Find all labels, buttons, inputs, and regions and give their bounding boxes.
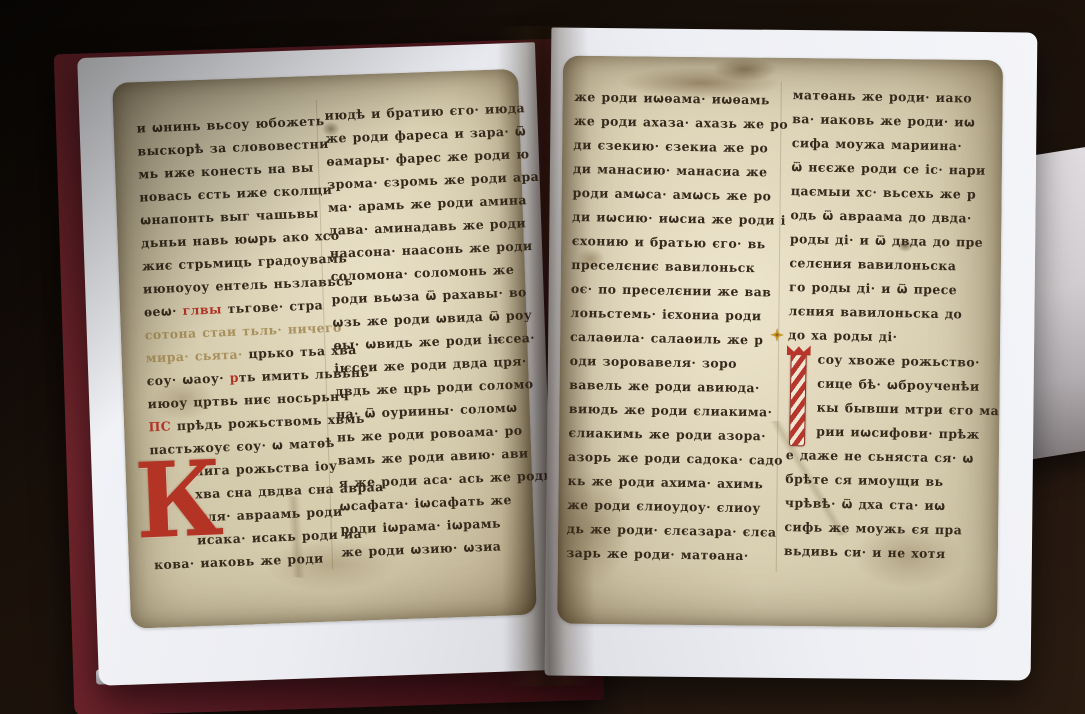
text-line: же роди иѡѳама· иѡѳамь — [574, 85, 776, 113]
text-line: азорь же роди садока· садо — [568, 445, 770, 473]
text-line: преселєниє вавилоньск — [571, 253, 773, 281]
text-line: оди зоровавеля· зоро — [569, 349, 771, 377]
gold-flower-ornament — [769, 327, 785, 343]
incipit-block: К нига рожьства іоухва сна двдва сна авр… — [150, 454, 332, 576]
text-line: же роди єлиоудоу· єлиоу — [567, 493, 769, 521]
parchment-stain — [713, 57, 777, 82]
column-text: июдѣ и братию єго· июдаже роди фареса и … — [324, 97, 530, 564]
left-column-2: июдѣ и братию єго· июдаже роди фареса и … — [324, 97, 530, 564]
text-line: вьдивь си· и не хотя — [784, 539, 986, 567]
open-book-photo: и ѡнинь вьсоу юбожетьвыскорѣ за слововес… — [0, 0, 1085, 714]
column-text: е даже не сьняста ся· ѡбрѣте ся имоущи в… — [784, 443, 988, 567]
left-parchment-leaf: и ѡнинь вьсоу юбожетьвыскорѣ за слововес… — [112, 69, 537, 629]
left-column-1: и ѡнинь вьсоу юбожетьвыскорѣ за слововес… — [136, 109, 332, 576]
text-line: кь же роди ахима· ахимь — [567, 469, 769, 497]
text-line: єлиакимь же роди азора· — [568, 421, 770, 449]
column-text: матѳань же роди· иакова· иаковь же роди·… — [788, 83, 995, 351]
text-segment: глвы — [182, 301, 222, 318]
text-line: дь же роди· єлєазара· єлєа — [567, 517, 769, 545]
text-line: роди амѡса· амѡсь же ро — [572, 181, 774, 209]
text-segment: ѳеѡ· — [144, 303, 183, 320]
text-line: ди иѡсию· иѡсиа же роди і — [572, 205, 774, 233]
column-text: и ѡнинь вьсоу юбожетьвыскорѣ за слововес… — [136, 109, 328, 461]
text-line: же роди ахаза· ахазь же ро — [574, 109, 776, 137]
text-line: зарь же роди· матѳана· — [566, 541, 768, 569]
text-segment: тьгове· стра — [222, 297, 324, 316]
incipit-block: соу хвоже рожьство·сице бѣ· ѡброученѣикы… — [784, 347, 990, 567]
text-line: ди єзекию· єзекиа же ро — [573, 133, 775, 161]
text-line: вавель же роди авиюда· — [569, 373, 771, 401]
text-segment: ПС — [148, 418, 171, 434]
text-line: лоньстемь· ієхониа роди — [570, 301, 772, 329]
text-line: салаѳила· салаѳиль же р — [570, 325, 772, 353]
text-line: ди манасию· манасиа же — [573, 157, 775, 185]
text-segment: мира· сьята· — [145, 346, 248, 365]
right-parchment-leaf: же роди иѡѳама· иѡѳамьже роди ахаза· аха… — [557, 56, 1003, 629]
column-text: соу хвоже рожьство·сице бѣ· ѡброученѣикы… — [786, 347, 990, 447]
left-page: и ѡнинь вьсоу юбожетьвыскорѣ за слововес… — [77, 42, 557, 686]
column-text: же роди иѡѳама· иѡѳамьже роди ахаза· аха… — [566, 85, 776, 568]
ornamental-initial-I — [789, 352, 807, 446]
right-column-1: же роди иѡѳама· иѡѳамьже роди ахаза· аха… — [566, 85, 776, 568]
text-line: виюдь же роди єлиакима· — [569, 397, 771, 425]
ornamental-initial-K: К — [133, 447, 225, 554]
text-line: єхонию и братью єго· вь — [572, 229, 774, 257]
right-column-2: матѳань же роди· иакова· иаковь же роди·… — [784, 83, 995, 567]
right-page: же роди иѡѳама· иѡѳамьже роди ахаза· аха… — [545, 27, 1038, 680]
text-line: оє· по преселєнии же вав — [571, 277, 773, 305]
text-segment: єоу· ѡаоу· — [146, 370, 230, 388]
